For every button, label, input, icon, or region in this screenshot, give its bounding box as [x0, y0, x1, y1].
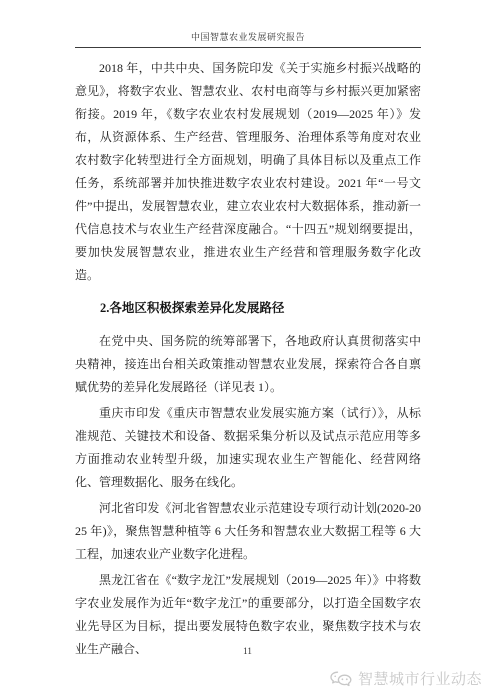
- paragraph-hebei: 河北省印发《河北省智慧农业示范建设专项行动计划(2020-2025 年)》，聚焦…: [75, 497, 421, 566]
- page-header: 中国智慧农业发展研究报告: [75, 30, 421, 48]
- running-head-title: 中国智慧农业发展研究报告: [75, 30, 421, 43]
- section-heading: 2.各地区积极探索差异化发展路径: [75, 297, 421, 320]
- page-number: 11: [0, 646, 495, 656]
- paragraph-chongqing: 重庆市印发《重庆市智慧农业发展实施方案（试行）》，从标准规范、关键技术和设备、数…: [75, 402, 421, 494]
- document-body: 2018 年，中共中央、国务院印发《关于实施乡村振兴战略的意见》，将数字农业、智…: [75, 57, 421, 664]
- paragraph-regional-overview: 在党中央、国务院的统筹部署下，各地政府认真贯彻落实中央精神，接连出台相关政策推动…: [75, 330, 421, 399]
- paragraph-national-policy: 2018 年，中共中央、国务院印发《关于实施乡村振兴战略的意见》，将数字农业、智…: [75, 57, 421, 287]
- watermark-label: 智慧城市行业动态: [358, 668, 482, 689]
- chat-bubbles-logo-icon: [328, 670, 354, 688]
- document-page: 中国智慧农业发展研究报告 2018 年，中共中央、国务院印发《关于实施乡村振兴战…: [0, 0, 495, 700]
- watermark: 智慧城市行业动态: [328, 668, 482, 689]
